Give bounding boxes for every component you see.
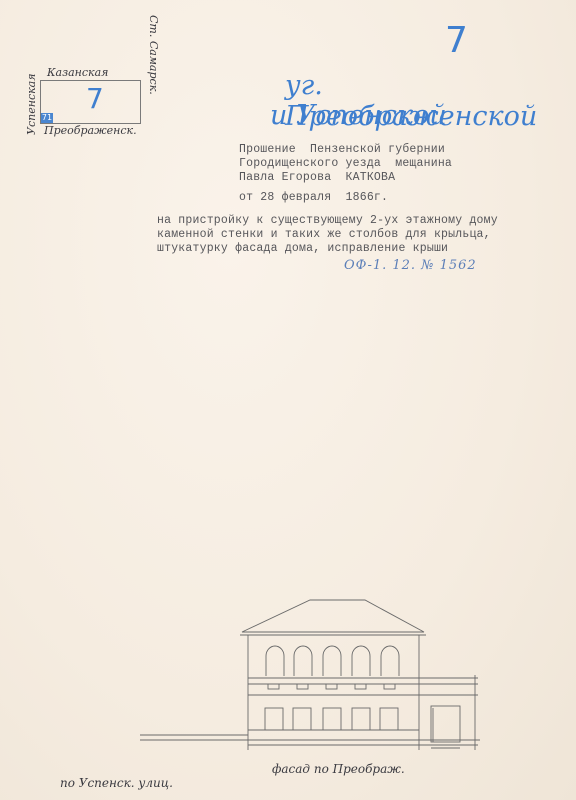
subject-line-2: каменной стенки и таких же столбов для к…: [157, 228, 491, 241]
facade-drawing: [0, 590, 576, 770]
corner-tag: 71: [41, 113, 53, 123]
subject-line-3: штукатурку фасада дома, исправление крыш…: [157, 242, 448, 255]
petition-line-2: Городищенского уезда мещанина: [239, 157, 452, 170]
document-number: 7: [445, 20, 468, 61]
archive-reference: ОФ-1. 12. № 1562: [344, 258, 477, 273]
address-line-2: и Успенской: [270, 100, 447, 131]
side-caption: по Успенск. улиц.: [60, 776, 173, 790]
street-label-bottom: Преображенск.: [44, 124, 137, 137]
subject-line-1: на пристройку к существующему 2-ух этажн…: [157, 214, 498, 227]
street-label-right: Ст. Самарск.: [147, 15, 160, 95]
street-label-top: Казанская: [47, 66, 108, 79]
plot-number: 7: [86, 82, 104, 115]
petition-date: от 28 февраля 1866г.: [239, 191, 388, 204]
petition-line-1: Прошение Пензенской губернии: [239, 143, 445, 156]
facade-caption: фасад по Преображ.: [272, 762, 405, 776]
petition-line-3: Павла Егорова КАТКОВА: [239, 171, 395, 184]
street-label-left: Успенская: [25, 73, 38, 135]
scanned-document-page: Казанская 7 71 Преображенск. Успенская С…: [0, 0, 576, 800]
